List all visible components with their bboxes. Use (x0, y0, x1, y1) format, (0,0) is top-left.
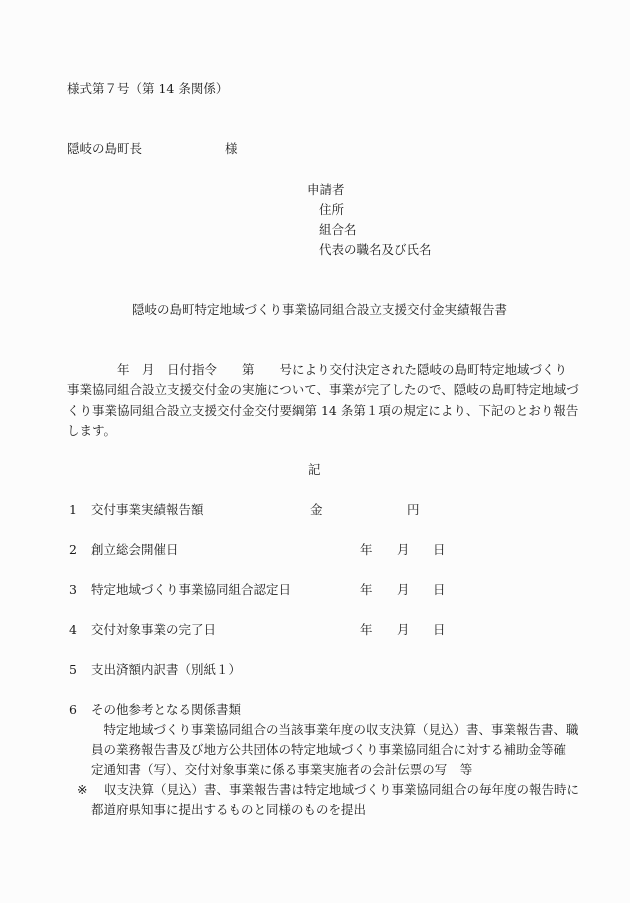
date-year: 年 (360, 580, 373, 600)
document-title: 隠岐の島町特定地域づくり事業協同組合設立支援交付金実績報告書 (132, 300, 507, 320)
item-number: 4 (69, 620, 77, 640)
item-label: 創立総会開催日 (91, 540, 179, 560)
date-month: 月 (397, 620, 410, 640)
body-line: くり事業協同組合設立支援交付金交付要綱第 14 条第１項の規定により、下記のとお… (67, 401, 578, 421)
item-number: 5 (69, 660, 77, 680)
item-label: 交付対象事業の完了日 (91, 620, 216, 640)
applicant-union-name-label: 組合名 (319, 220, 357, 240)
date-day: 日 (433, 620, 446, 640)
date-day: 日 (433, 580, 446, 600)
item-number: 1 (69, 500, 77, 520)
item-number: 6 (69, 700, 77, 720)
date-day: 日 (433, 540, 446, 560)
date-month: 月 (397, 580, 410, 600)
date-year: 年 (360, 620, 373, 640)
addressee-honorific: 様 (225, 139, 238, 159)
item6-detail-line: 定通知書（写）、交付対象事業に係る事業実施者の会計伝票の写 等 (91, 760, 472, 780)
applicant-address-label: 住所 (319, 200, 344, 220)
date-year: 年 (360, 540, 373, 560)
applicant-heading: 申請者 (307, 180, 345, 200)
item6-detail-line: 特定地域づくり事業協同組合の当該事業年度の収支決算（見込）書、事業報告書、職 (91, 720, 579, 740)
item6-detail-line: 員の業務報告書及び地方公共団体の特定地域づくり事業協同組合に対する補助金等確 (91, 740, 566, 760)
item-label: 支出済額内訳書（別紙１） (91, 660, 241, 680)
body-line: します。 (67, 421, 116, 441)
amount-suffix: 円 (407, 500, 420, 520)
note-mark: ※ (77, 780, 87, 800)
addressee-name: 隠岐の島町長 (67, 139, 142, 159)
item-label: その他参考となる関係書類 (91, 700, 241, 720)
date-month: 月 (397, 540, 410, 560)
item-label: 交付事業実績報告額 (91, 500, 204, 520)
item-number: 2 (69, 540, 77, 560)
body-line: 年 月 日付指令 第 号により交付決定された隠岐の島町特定地域づくり (67, 360, 567, 380)
body-line: 事業協同組合設立支援交付金の実施について、事業が完了したので、隠岐の島町特定地域… (67, 380, 579, 400)
note-line: 収支決算（見込）書、事業報告書は特定地域づくり事業協同組合の毎年度の報告時に (104, 780, 579, 800)
ki-heading: 記 (308, 460, 321, 480)
item-number: 3 (69, 580, 77, 600)
applicant-representative-label: 代表の職名及び氏名 (319, 240, 432, 260)
note-line: 都道府県知事に提出するものと同様のものを提出 (91, 800, 366, 820)
amount-prefix: 金 (310, 500, 323, 520)
form-number: 様式第７号（第 14 条関係） (67, 79, 228, 99)
item-label: 特定地域づくり事業協同組合認定日 (91, 580, 291, 600)
